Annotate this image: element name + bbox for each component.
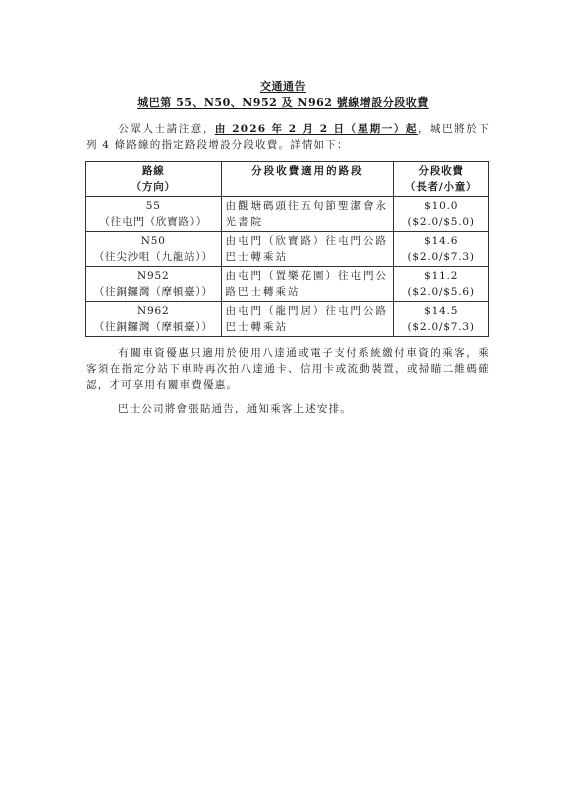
concession-fare: ($2.0/$7.3) [398, 249, 484, 265]
notice-heading: 交通通告 [0, 79, 566, 95]
table-row: 55 （往屯門（欣寶路）） 由觀塘碼頭往五旬節聖潔會永光書院 $10.0 ($2… [86, 197, 489, 232]
concession-fare: ($2.0/$5.6) [398, 284, 484, 300]
route-cell: N50 （往尖沙咀（九龍站）） [86, 232, 222, 267]
closing-paragraph: 巴士公司將會張貼通告，通知乘客上述安排。 [86, 401, 490, 417]
route-direction: （往銅鑼灣（摩頓臺）） [90, 284, 217, 300]
header-concession-label: （長者/小童） [398, 179, 484, 195]
title-block: 交通通告 城巴第 55、N50、N952 及 N962 號線增設分段收費 [0, 79, 566, 111]
segment-cell: 由屯門（欣寶路）往屯門公路巴士轉乘站 [221, 232, 394, 267]
fare-amount: $14.6 [398, 233, 484, 249]
fare-cell: $11.2 ($2.0/$5.6) [394, 267, 489, 302]
route-number: N952 [90, 268, 217, 284]
fare-cell: $14.6 ($2.0/$7.3) [394, 232, 489, 267]
route-cell: N962 （往銅鑼灣（摩頓臺）） [86, 302, 222, 337]
concession-fare: ($2.0/$7.3) [398, 319, 484, 335]
header-route-label: 路線 [90, 163, 217, 179]
notice-page: 交通通告 城巴第 55、N50、N952 及 N962 號線增設分段收費 公眾人… [0, 0, 566, 800]
closing-text: 巴士公司將會張貼通告，通知乘客上述安排。 [118, 403, 352, 415]
header-direction-label: （方向） [90, 179, 217, 195]
route-number: N50 [90, 233, 217, 249]
segment-cell: 由屯門（龍門居）往屯門公路巴士轉乘站 [221, 302, 394, 337]
header-fare: 分段收費 （長者/小童） [394, 162, 489, 197]
notice-subheading: 城巴第 55、N50、N952 及 N962 號線增設分段收費 [0, 95, 566, 111]
header-segment: 分段收費適用的路段 [221, 162, 394, 197]
intro-paragraph: 公眾人士請注意，由 2026 年 2 月 2 日（星期一）起，城巴將於下列 4 … [86, 121, 490, 153]
route-direction: （往屯門（欣寶路）） [90, 214, 217, 230]
route-direction: （往銅鑼灣（摩頓臺）） [90, 319, 217, 335]
route-number: N962 [90, 303, 217, 319]
header-route: 路線 （方向） [86, 162, 222, 197]
concession-fare: ($2.0/$5.0) [398, 214, 484, 230]
table-row: N50 （往尖沙咀（九龍站）） 由屯門（欣寶路）往屯門公路巴士轉乘站 $14.6… [86, 232, 489, 267]
route-number: 55 [90, 198, 217, 214]
fare-amount: $11.2 [398, 268, 484, 284]
fare-amount: $10.0 [398, 198, 484, 214]
route-direction: （往尖沙咀（九龍站）） [90, 249, 217, 265]
concession-note: 有關車資優惠只適用於使用八達通或電子支付系統繳付車資的乘客，乘客須在指定分站下車… [86, 345, 490, 393]
route-cell: N952 （往銅鑼灣（摩頓臺）） [86, 267, 222, 302]
fare-cell: $14.5 ($2.0/$7.3) [394, 302, 489, 337]
fare-cell: $10.0 ($2.0/$5.0) [394, 197, 489, 232]
header-fare-label: 分段收費 [398, 163, 484, 179]
table-header-row: 路線 （方向） 分段收費適用的路段 分段收費 （長者/小童） [86, 162, 489, 197]
route-cell: 55 （往屯門（欣寶路）） [86, 197, 222, 232]
fare-amount: $14.5 [398, 303, 484, 319]
table-row: N962 （往銅鑼灣（摩頓臺）） 由屯門（龍門居）往屯門公路巴士轉乘站 $14.… [86, 302, 489, 337]
segment-cell: 由屯門（置樂花園）往屯門公路巴士轉乘站 [221, 267, 394, 302]
segment-cell: 由觀塘碼頭往五旬節聖潔會永光書院 [221, 197, 394, 232]
effective-date: 由 2026 年 2 月 2 日（星期一）起 [215, 123, 418, 135]
concession-note-text: 有關車資優惠只適用於使用八達通或電子支付系統繳付車資的乘客，乘客須在指定分站下車… [86, 347, 490, 391]
intro-prefix: 公眾人士請注意， [118, 123, 215, 135]
table-row: N952 （往銅鑼灣（摩頓臺）） 由屯門（置樂花園）往屯門公路巴士轉乘站 $11… [86, 267, 489, 302]
fare-table: 路線 （方向） 分段收費適用的路段 分段收費 （長者/小童） 55 （往屯門（欣… [85, 161, 489, 337]
